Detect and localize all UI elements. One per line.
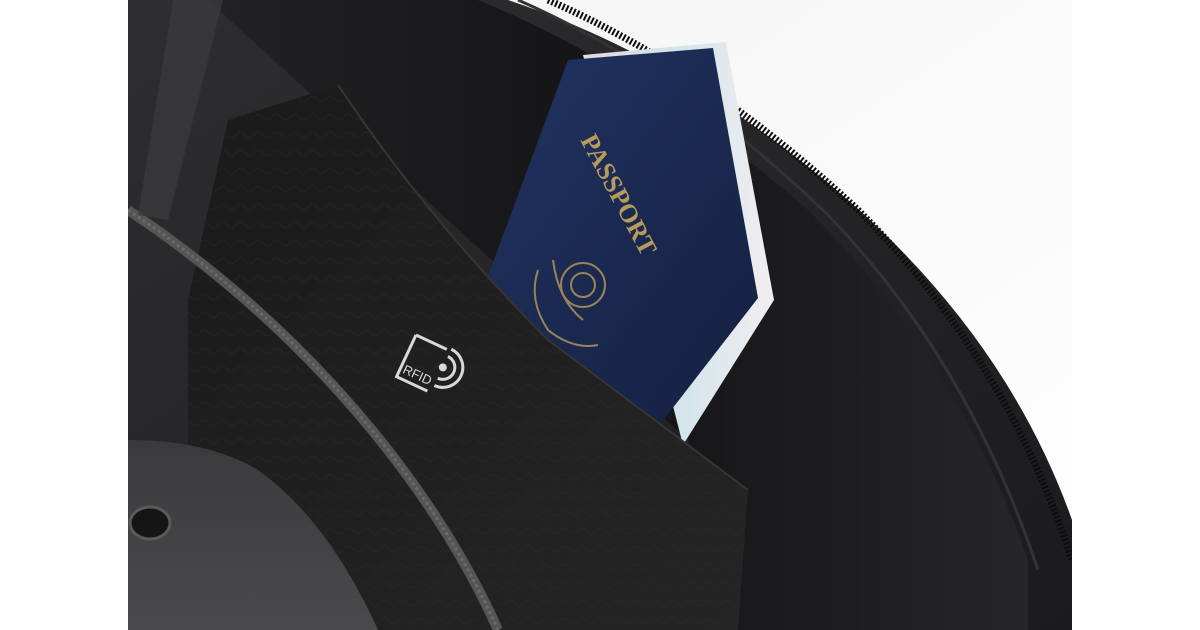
- product-photo-svg: PASSPORT RFID: [128, 0, 1072, 630]
- grommet: [130, 507, 170, 539]
- image-frame: PASSPORT RFID: [0, 0, 1200, 630]
- product-photo: PASSPORT RFID: [128, 0, 1072, 630]
